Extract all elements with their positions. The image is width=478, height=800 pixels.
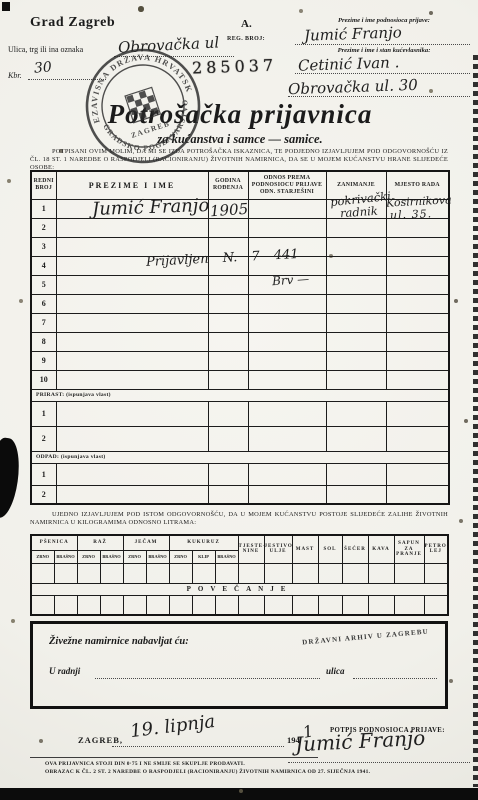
empty-cell: [292, 563, 318, 583]
shop-declaration-heading: Živežne namirnice nabavljat ću:: [49, 636, 189, 647]
empty-cell: [326, 370, 386, 389]
subcol-header-bra-no: BRAŠNO: [100, 550, 123, 563]
row-number: 3: [31, 237, 56, 256]
table-header-row: PŠENICARAŽJEČAMKUKURUZTJESTE-NINEJESTIVO…: [31, 535, 448, 550]
empty-cell: [56, 370, 208, 389]
empty-cell: [248, 370, 326, 389]
empty-cell: [264, 595, 292, 615]
empty-cell: [54, 595, 77, 615]
empty-cell: [77, 563, 100, 583]
col-header-kukuruz: KUKURUZ: [169, 535, 238, 550]
scan-artifact-bottom-bar: [0, 788, 478, 800]
empty-cell: [386, 401, 449, 426]
empty-cell: [208, 294, 248, 313]
signature-fill-line: [288, 762, 470, 763]
empty-cell: [192, 595, 215, 615]
table-row: 2: [31, 426, 449, 451]
empty-cell: [123, 595, 146, 615]
empty-cell: [169, 595, 192, 615]
landlord-name-handwritten: Cetinić Ivan .: [298, 53, 400, 75]
empty-cell: [386, 370, 449, 389]
section-letter: A.: [241, 18, 252, 30]
food-supplies-table: PŠENICARAŽJEČAMKUKURUZTJESTE-NINEJESTIVO…: [30, 534, 449, 616]
fine-print-line1: OVA PRIJAVNICA STOJI DIN 0·75 I NE SMIJE…: [45, 761, 245, 767]
empty-cell: [342, 595, 368, 615]
empty-cell: [386, 313, 449, 332]
empty-cell: [386, 256, 449, 275]
row-number: 1: [31, 401, 56, 426]
landlord-address-handwritten: Obrovačka ul. 30: [288, 76, 418, 99]
subcol-header-zrno: ZRNO: [31, 550, 54, 563]
applicant-name-handwritten: Jumić Franjo: [304, 23, 402, 44]
empty-cell: [386, 485, 449, 504]
row-number: 4: [31, 256, 56, 275]
entry-occupation-line2-handwritten: radnik: [340, 204, 379, 221]
empty-cell: [248, 199, 326, 218]
shop-street-label: ulica: [326, 666, 345, 676]
row-number: 6: [31, 294, 56, 313]
empty-cell: [56, 294, 208, 313]
table-row: 5: [31, 275, 449, 294]
col-header-sol: SOL: [318, 535, 342, 563]
empty-cell: [56, 313, 208, 332]
empty-cell: [56, 485, 208, 504]
row-number: 7: [31, 313, 56, 332]
signature-handwritten: Jumić Franjo: [294, 726, 425, 757]
empty-cell: [326, 426, 386, 451]
empty-cell: [394, 563, 424, 583]
stamp-coat-of-arms: [125, 87, 160, 122]
section-bar-label: ODPAD: (ispunjava vlast): [31, 451, 449, 463]
scan-artifact-speckles: [0, 0, 2, 2]
empty-cell: [318, 595, 342, 615]
col-header-sapun-za-pranje: SAPUN ZA PRANJE: [394, 535, 424, 563]
official-annotation-line2-handwritten: Brv —: [272, 272, 310, 289]
declaration-paragraph: POTPISANI OVIM MOLIM, DA MI SE IZDA POTR…: [30, 148, 448, 173]
table-row: [31, 563, 448, 583]
applicant-fill-line: [295, 44, 470, 45]
empty-cell: [424, 563, 448, 583]
table-row: 2: [31, 218, 449, 237]
row-number: 2: [31, 426, 56, 451]
archive-stamp-text: DRŽAVNI ARHIV U ZAGREBU: [302, 627, 429, 646]
table-row: 7: [31, 313, 449, 332]
col-header-jestivo-ulje: JESTIVO ULJE: [264, 535, 292, 563]
city-heading: Grad Zagreb: [30, 15, 115, 31]
empty-cell: [169, 563, 192, 583]
empty-cell: [326, 294, 386, 313]
empty-cell: [56, 351, 208, 370]
empty-cell: [56, 218, 208, 237]
empty-cell: [318, 563, 342, 583]
household-members-table: REDNI BROJ PREZIME I IME GODINA ROĐENJA …: [30, 170, 450, 505]
section-bar-label: PRIRAST: (ispunjava vlast): [31, 389, 449, 401]
empty-cell: [292, 595, 318, 615]
col-header-redni-broj: REDNI BROJ: [31, 171, 56, 199]
empty-cell: [386, 237, 449, 256]
shop-declaration-box: Živežne namirnice nabavljat ću: U radnji…: [30, 621, 448, 709]
empty-cell: [264, 563, 292, 583]
empty-cell: [208, 218, 248, 237]
table-row: 1: [31, 401, 449, 426]
col-header-mast: MAST: [292, 535, 318, 563]
empty-cell: [326, 463, 386, 485]
empty-cell: [326, 218, 386, 237]
scan-artifact-ink-blob: [0, 436, 23, 519]
empty-cell: [248, 351, 326, 370]
empty-cell: [248, 485, 326, 504]
row-number: 5: [31, 275, 56, 294]
empty-cell: [238, 563, 264, 583]
section-bar-row: PRIRAST: (ispunjava vlast): [31, 389, 449, 401]
empty-cell: [215, 563, 238, 583]
empty-cell: [100, 563, 123, 583]
house-number-label: Kbr.: [8, 71, 22, 80]
empty-cell: [56, 332, 208, 351]
table-row: 6: [31, 294, 449, 313]
povecanje-label: POVEČANJE: [31, 583, 448, 595]
empty-cell: [386, 351, 449, 370]
empty-cell: [248, 294, 326, 313]
subcol-header-zrno: ZRNO: [123, 550, 146, 563]
empty-cell: [248, 332, 326, 351]
empty-cell: [208, 401, 248, 426]
empty-cell: [56, 275, 208, 294]
row-number: 1: [31, 199, 56, 218]
empty-cell: [326, 256, 386, 275]
shop-name-fill-line: [95, 678, 320, 679]
place-label: ZAGREB,: [78, 735, 123, 745]
col-header--e-er: ŠEĆER: [342, 535, 368, 563]
entry-name-handwritten: Jumić Franjo: [92, 195, 210, 220]
empty-cell: [248, 401, 326, 426]
col-header-tjeste-nine: TJESTE-NINE: [238, 535, 264, 563]
subcol-header-bra-no: BRAŠNO: [215, 550, 238, 563]
empty-cell: [248, 218, 326, 237]
subcol-header-zrno: ZRNO: [169, 550, 192, 563]
empty-cell: [386, 275, 449, 294]
street-label: Ulica, trg ili ina oznaka: [8, 45, 83, 54]
date-fill-line: [112, 746, 284, 747]
empty-cell: [208, 313, 248, 332]
section-bar-row: ODPAD: (ispunjava vlast): [31, 451, 449, 463]
empty-cell: [386, 463, 449, 485]
reg-number-stamped: 285037: [192, 56, 278, 78]
subcol-header-bra-no: BRAŠNO: [54, 550, 77, 563]
supplies-declaration-paragraph: UJEDNO IZJAVLJUJEM POD ISTOM ODGOVORNOŠĆ…: [30, 511, 448, 527]
empty-cell: [326, 313, 386, 332]
row-number: 9: [31, 351, 56, 370]
empty-cell: [208, 370, 248, 389]
row-number: 2: [31, 485, 56, 504]
subcol-header-bra-no: BRAŠNO: [146, 550, 169, 563]
empty-cell: [326, 401, 386, 426]
empty-cell: [368, 563, 394, 583]
table-row: 2: [31, 485, 449, 504]
empty-cell: [54, 563, 77, 583]
col-header-kava: KAVA: [368, 535, 394, 563]
empty-cell: [146, 595, 169, 615]
col-header-p-enica: PŠENICA: [31, 535, 77, 550]
empty-cell: [208, 463, 248, 485]
empty-cell: [386, 294, 449, 313]
row-number: 1: [31, 463, 56, 485]
empty-cell: [100, 595, 123, 615]
empty-cell: [368, 595, 394, 615]
empty-cell: [123, 563, 146, 583]
table-row: 10: [31, 370, 449, 389]
empty-cell: [326, 351, 386, 370]
col-header-godina-rodjenja: GODINA ROĐENJA: [208, 171, 248, 199]
empty-cell: [326, 237, 386, 256]
empty-cell: [342, 563, 368, 583]
row-number: 2: [31, 218, 56, 237]
fine-print-divider: [30, 757, 318, 758]
empty-cell: [248, 463, 326, 485]
shop-street-fill-line: [353, 678, 437, 679]
table-row: 1: [31, 463, 449, 485]
date-handwritten: 19. lipnja: [129, 711, 216, 742]
landlord-address-fill-line: [288, 96, 470, 97]
empty-cell: [208, 426, 248, 451]
table-row: 9: [31, 351, 449, 370]
row-number: 10: [31, 370, 56, 389]
shop-name-label: U radnji: [49, 666, 80, 676]
empty-cell: [238, 595, 264, 615]
empty-cell: [208, 485, 248, 504]
empty-cell: [31, 563, 54, 583]
empty-cell: [424, 595, 448, 615]
empty-cell: [326, 332, 386, 351]
empty-cell: [77, 595, 100, 615]
empty-cell: [326, 275, 386, 294]
subcol-header-zrno: ZRNO: [77, 550, 100, 563]
empty-cell: [208, 351, 248, 370]
empty-cell: [386, 426, 449, 451]
empty-cell: [31, 595, 54, 615]
empty-cell: [56, 463, 208, 485]
empty-cell: [326, 485, 386, 504]
col-header-petro-lej: PETRO-LEJ: [424, 535, 448, 563]
entry-birth-year-handwritten: 1905: [209, 200, 248, 221]
empty-cell: [248, 313, 326, 332]
scan-artifact-edge-perforation: [473, 55, 478, 787]
empty-cell: [248, 426, 326, 451]
subcol-header-klip: KLIP: [192, 550, 215, 563]
empty-cell: [394, 595, 424, 615]
col-header-odnos: ODNOS PREMA PODNOSIOCU PRIJAVE ODN. STAR…: [248, 171, 326, 199]
scanned-form-sheet: Grad Zagreb A. REG. BROJ: 285037 Ulica, …: [0, 0, 478, 800]
empty-cell: [208, 275, 248, 294]
table-row: 8: [31, 332, 449, 351]
fine-print-line2: OBRAZAC K ČL. 2 ST. 2 NAREDBE O RASPODJE…: [45, 769, 370, 775]
house-number-handwritten-value: 30: [33, 59, 52, 76]
empty-cell: [56, 401, 208, 426]
empty-cell: [146, 563, 169, 583]
scan-artifact-corner-mark: [2, 2, 10, 11]
reg-number-label: REG. BROJ:: [227, 36, 265, 42]
empty-cell: [56, 426, 208, 451]
row-number: 8: [31, 332, 56, 351]
empty-cell: [215, 595, 238, 615]
empty-cell: [208, 332, 248, 351]
col-header-je-am: JEČAM: [123, 535, 169, 550]
entry-workplace-line2-handwritten: ul. 35.: [390, 207, 433, 221]
povecanje-row: POVEČANJE: [31, 583, 448, 595]
col-header-ra-: RAŽ: [77, 535, 123, 550]
landlord-fill-line: [295, 73, 470, 74]
empty-cell: [192, 563, 215, 583]
table-row: [31, 595, 448, 615]
empty-cell: [386, 332, 449, 351]
